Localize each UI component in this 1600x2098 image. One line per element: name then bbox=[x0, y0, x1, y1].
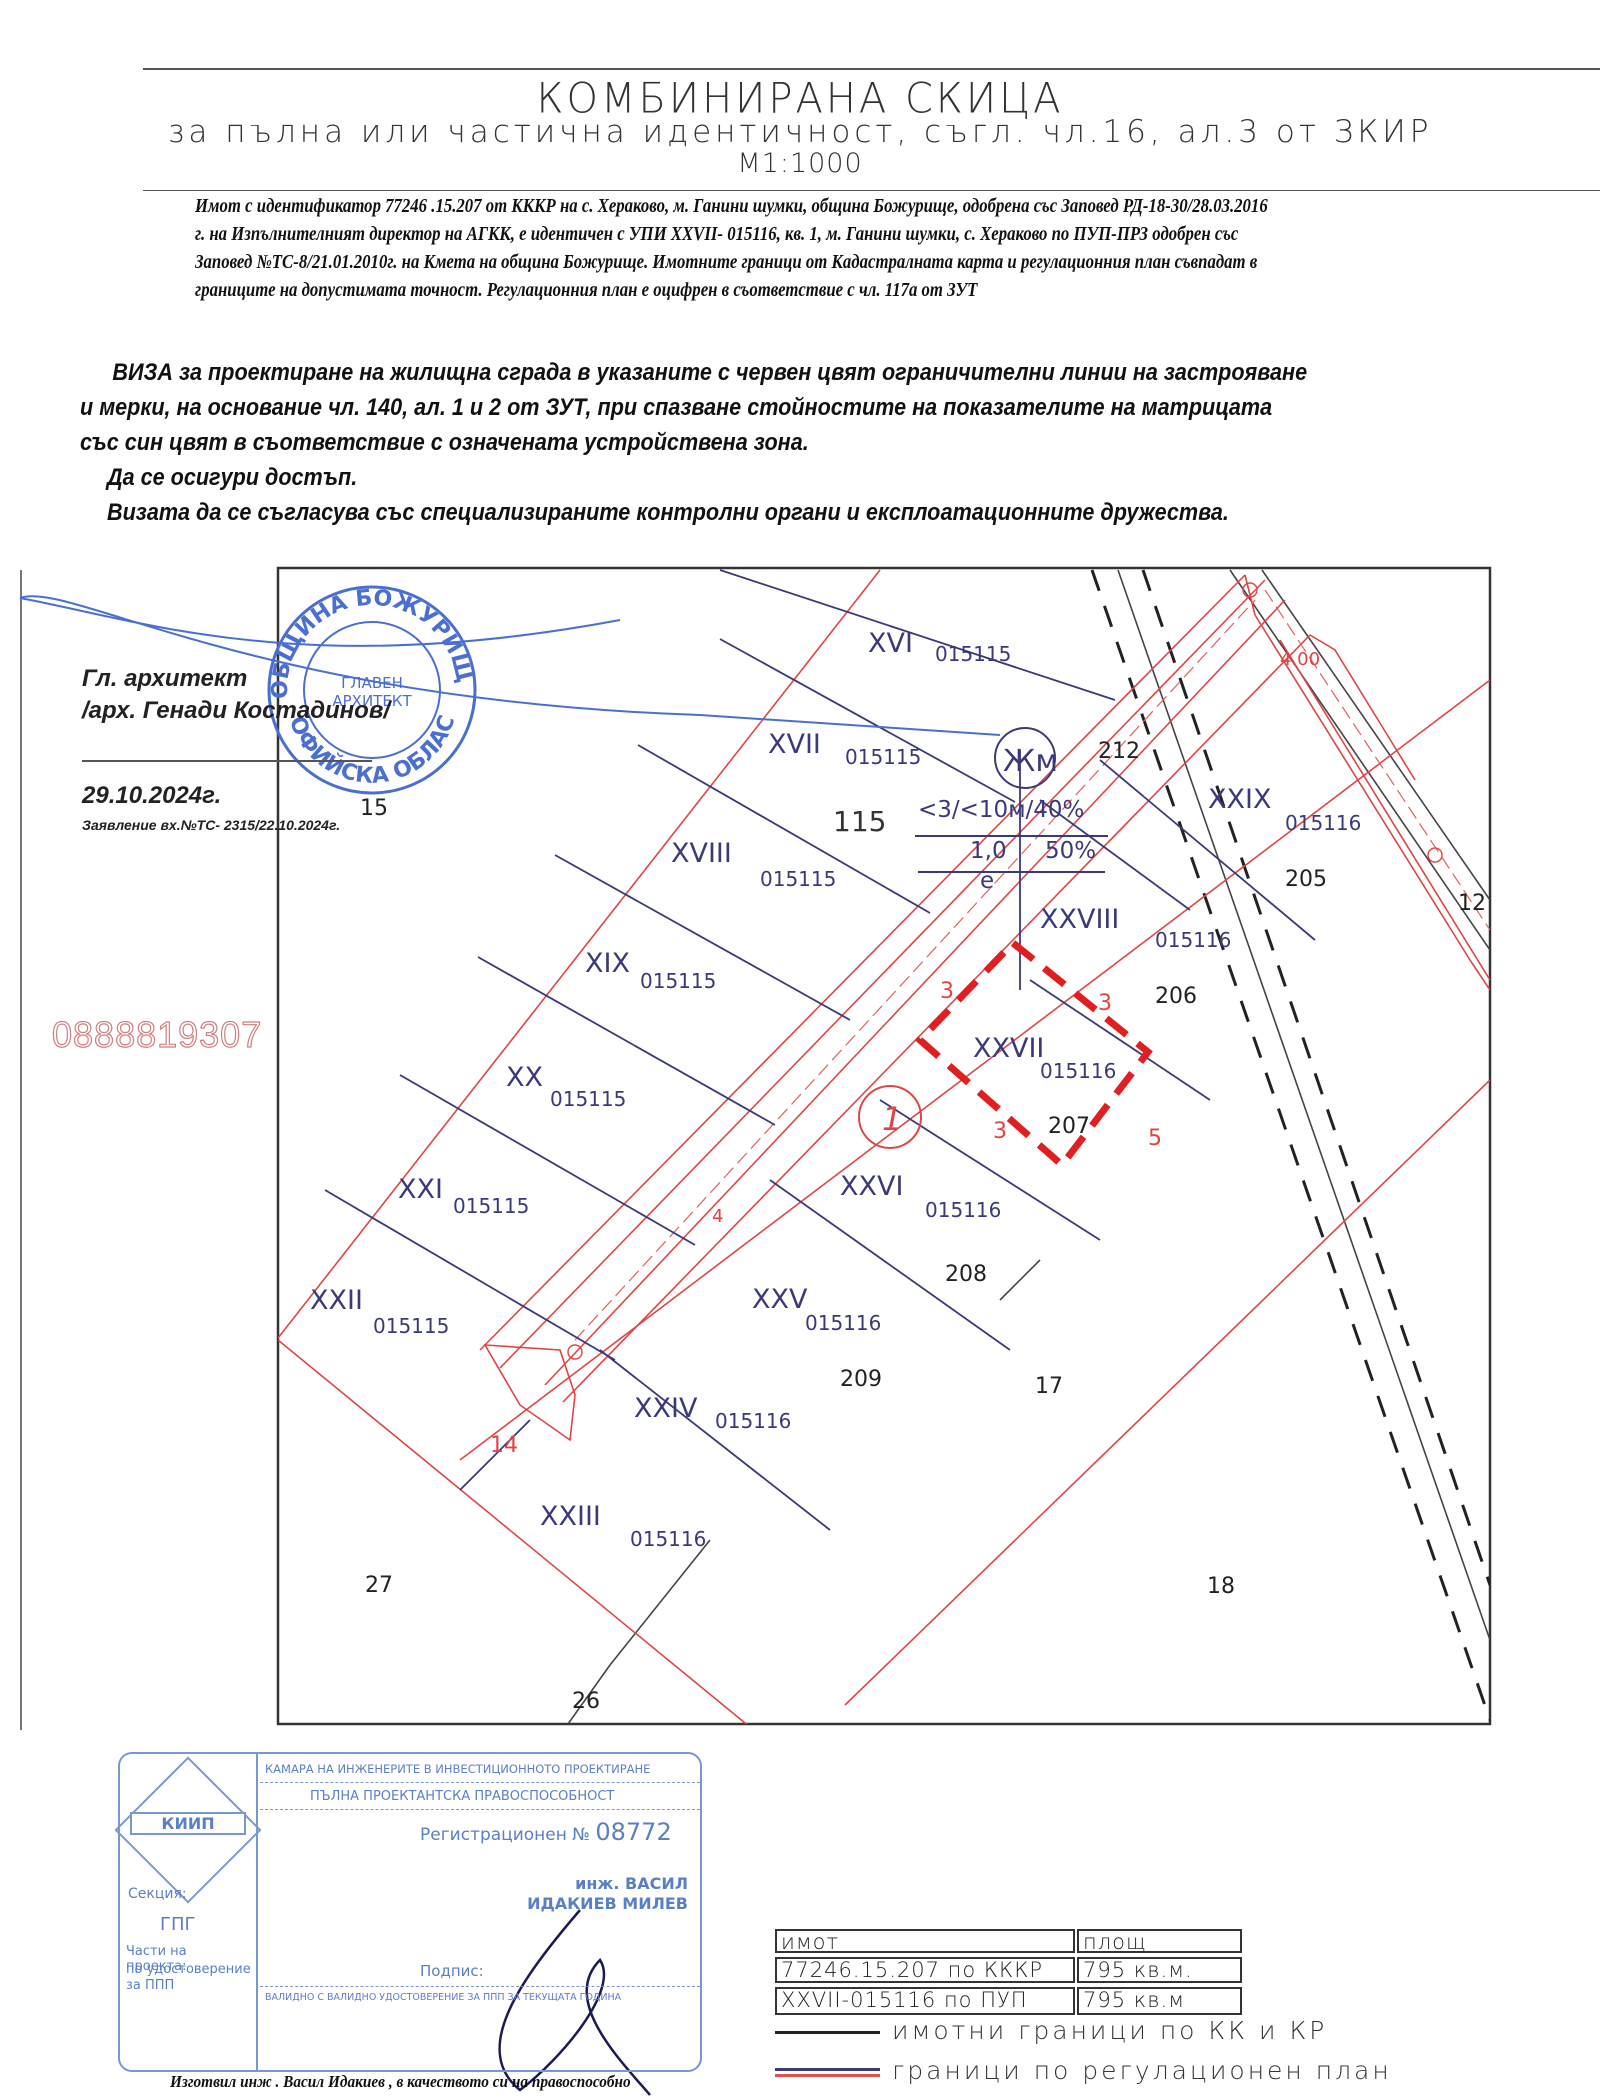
svg-text:XXVI: XXVI bbox=[840, 1171, 903, 1202]
svg-text:ОБЩИНА БОЖУРИЩЕ: ОБЩИНА БОЖУРИЩЕ bbox=[0, 0, 476, 699]
svg-text:015115: 015115 bbox=[845, 745, 921, 769]
blue-red-line-swatch bbox=[775, 2068, 880, 2077]
svg-text:14: 14 bbox=[490, 1433, 518, 1458]
table-cell: XXVII-015116 по ПУП bbox=[775, 1987, 1075, 2015]
table-cell: 795 кв.м bbox=[1077, 1987, 1242, 2015]
svg-text:015115: 015115 bbox=[453, 1194, 529, 1218]
svg-text:015116: 015116 bbox=[1040, 1059, 1116, 1083]
svg-text:015116: 015116 bbox=[630, 1527, 706, 1551]
svg-text:18: 18 bbox=[1207, 1574, 1235, 1599]
svg-text:015116: 015116 bbox=[805, 1311, 881, 1335]
svg-text:26: 26 bbox=[572, 1689, 600, 1714]
svg-text:<3/<10м/40%: <3/<10м/40% bbox=[918, 797, 1084, 823]
svg-text:3: 3 bbox=[1098, 991, 1112, 1016]
svg-text:XXIX: XXIX bbox=[1208, 784, 1271, 815]
svg-text:015115: 015115 bbox=[373, 1314, 449, 1338]
svg-text:12: 12 bbox=[1458, 891, 1486, 916]
parcel-labels: XVI015115 XVII015115 XVIII015115 XIX0151… bbox=[310, 628, 1361, 1551]
visa-date: 29.10.2024г. bbox=[82, 782, 221, 810]
svg-text:115: 115 bbox=[833, 805, 886, 838]
svg-text:015115: 015115 bbox=[640, 969, 716, 993]
svg-text:XXVIII: XXVIII bbox=[1040, 904, 1119, 935]
svg-text:015116: 015116 bbox=[925, 1198, 1001, 1222]
svg-text:212: 212 bbox=[1098, 739, 1140, 764]
prepared-by-note: Изготвил инж . Васил Идакиев , в качеств… bbox=[170, 2072, 631, 2092]
table-cell: 795 кв.м. bbox=[1077, 1957, 1242, 1983]
svg-text:5: 5 bbox=[1148, 1126, 1162, 1151]
svg-text:XVII: XVII bbox=[768, 729, 821, 760]
architect-role: Гл. архитект bbox=[82, 665, 247, 693]
chamber-logo: КИИП bbox=[130, 1812, 246, 1835]
svg-text:4.00: 4.00 bbox=[1280, 649, 1320, 670]
svg-text:015116: 015116 bbox=[715, 1409, 791, 1433]
svg-text:XXII: XXII bbox=[310, 1285, 363, 1316]
svg-text:206: 206 bbox=[1155, 984, 1197, 1009]
signature-rule bbox=[82, 760, 372, 762]
svg-text:015116: 015116 bbox=[1155, 928, 1231, 952]
svg-text:208: 208 bbox=[945, 1262, 987, 1287]
svg-text:XXV: XXV bbox=[752, 1284, 808, 1315]
svg-text:015116: 015116 bbox=[1285, 811, 1361, 835]
turnaround bbox=[485, 1345, 575, 1440]
svg-text:015115: 015115 bbox=[760, 867, 836, 891]
svg-text:27: 27 bbox=[365, 1573, 393, 1598]
svg-text:3: 3 bbox=[940, 979, 954, 1004]
svg-text:205: 205 bbox=[1285, 867, 1327, 892]
svg-text:е: е bbox=[980, 868, 994, 894]
engineer-stamp: КИИП Секция: ГПГ Части на проекта: по уд… bbox=[118, 1752, 702, 2072]
quarter-number: 1 bbox=[882, 1100, 902, 1138]
svg-text:209: 209 bbox=[840, 1367, 882, 1392]
svg-text:XX: XX bbox=[506, 1062, 543, 1093]
svg-text:17: 17 bbox=[1035, 1374, 1063, 1399]
svg-text:1,0: 1,0 bbox=[970, 838, 1007, 864]
svg-text:XIX: XIX bbox=[585, 948, 630, 979]
application-number: Заявление вх.№ТС- 2315/22.10.2024г. bbox=[82, 817, 340, 833]
svg-text:3: 3 bbox=[993, 1119, 1007, 1144]
svg-text:XVIII: XVIII bbox=[671, 838, 732, 869]
table-header: площ bbox=[1077, 1929, 1242, 1953]
svg-text:XVI: XVI bbox=[868, 628, 913, 659]
zone-label: Жм bbox=[1003, 744, 1058, 779]
svg-text:ГЛАВЕН: ГЛАВЕН bbox=[341, 674, 403, 692]
svg-text:50%: 50% bbox=[1045, 838, 1096, 864]
table-cell: 77246.15.207 по КККР bbox=[775, 1957, 1075, 1983]
svg-text:015115: 015115 bbox=[550, 1087, 626, 1111]
svg-text:XXIV: XXIV bbox=[634, 1393, 698, 1424]
legend-item-regulation: граници по регулационен план bbox=[775, 2056, 1392, 2085]
cadastral-numbers: 15 115 212 205 206 207 208 209 17 18 27 … bbox=[360, 739, 1486, 1714]
svg-text:XXI: XXI bbox=[398, 1174, 443, 1205]
svg-text:015115: 015115 bbox=[935, 642, 1011, 666]
watermark-phone: 0888819307 bbox=[52, 1014, 262, 1056]
legend-item-cadastre: имотни граници по КК и КР bbox=[775, 2016, 1327, 2045]
svg-text:XXVII: XXVII bbox=[973, 1033, 1044, 1064]
svg-text:XXIII: XXIII bbox=[540, 1501, 601, 1532]
svg-text:15: 15 bbox=[360, 796, 388, 821]
zoning-matrix: Жм <3/<10м/40% 1,0 50% е bbox=[915, 728, 1108, 894]
table-header: имот bbox=[775, 1929, 1075, 1953]
architect-name: /арх. Генади Костадинов/ bbox=[82, 697, 390, 725]
black-line-swatch bbox=[775, 2031, 880, 2034]
svg-text:207: 207 bbox=[1048, 1114, 1090, 1139]
svg-text:4: 4 bbox=[712, 1206, 723, 1227]
